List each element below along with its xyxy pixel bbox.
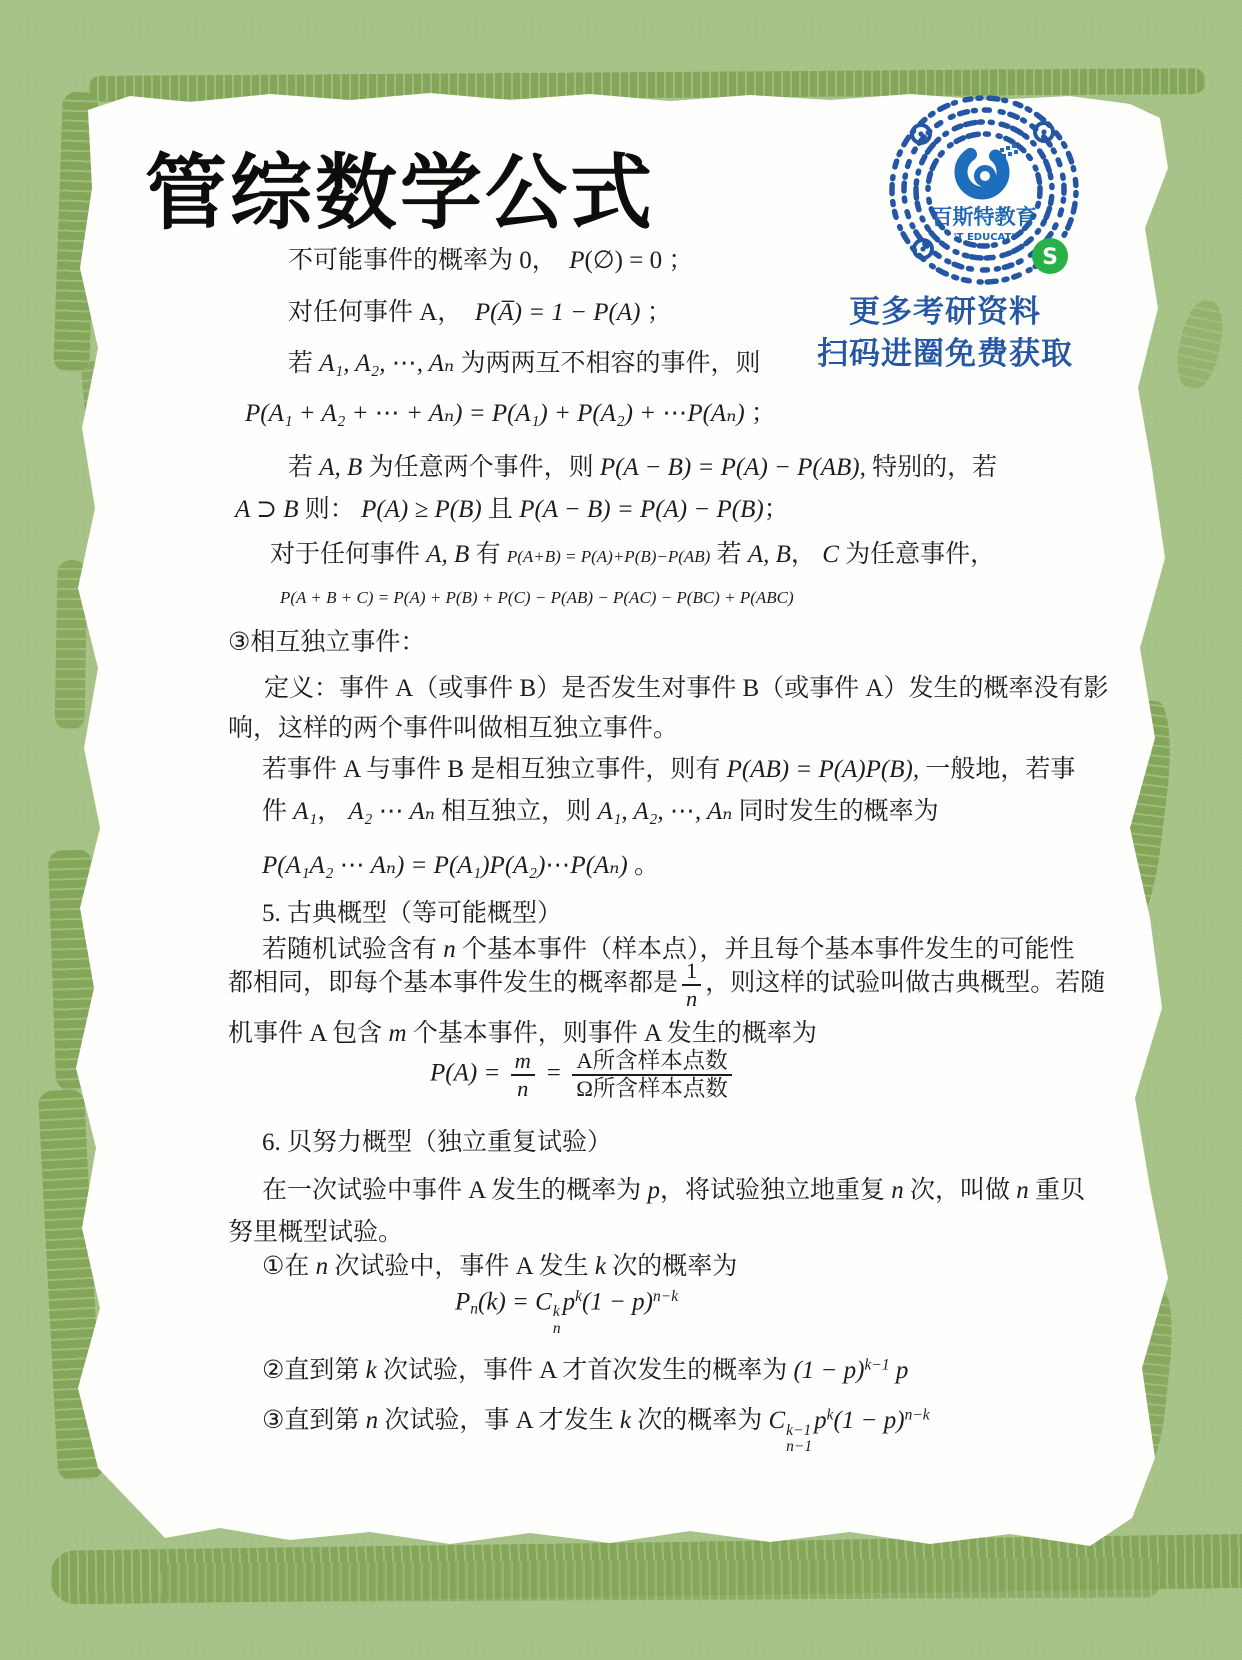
- doc-line-20: 6. 贝努力概型（独立重复试验）: [262, 1122, 612, 1158]
- doc-line-1: 不可能事件的概率为 0， P(∅) = 0 ；: [288, 240, 693, 276]
- doc-line-15: 5. 古典概型（等可能概型）: [262, 893, 562, 929]
- document-page: 管综数学公式: [0, 0, 1242, 1660]
- doc-line-14: P(A₁A₂ ⋯ Aₙ) = P(A₁)P(A₂)⋯P(Aₙ) 。: [262, 845, 659, 881]
- doc-line-11: 响，这样的两个事件叫做相互独立事件。: [228, 708, 678, 744]
- doc-line-24: Pn(k) = Cknpk(1 − p)n−k: [455, 1288, 678, 1337]
- doc-line-4: P(A₁ + A₂ + ⋯ + Aₙ) = P(A₁) + P(A₂) + ⋯P…: [245, 393, 776, 429]
- doc-line-10: 定义：事件 A（或事件 B）是否发生对事件 B（或事件 A）发生的概率没有影: [264, 668, 1108, 704]
- doc-line-6: A ⊃ B 则： P(A) ≥ P(B) 且 P(A − B) = P(A) −…: [235, 489, 789, 525]
- doc-line-26: ③直到第 n 次试验，事 A 才发生 k 次的概率为 Ck−1n−1pk(1 −…: [262, 1400, 930, 1456]
- brand-logo-text: 百斯特教育: [932, 205, 1037, 229]
- page-title: 管综数学公式: [145, 128, 655, 245]
- doc-line-3: 若 A₁, A₂, ⋯, Aₙ 为两两互不相容的事件，则: [288, 343, 760, 379]
- doc-line-25: ②直到第 k 次试验，事件 A 才首次发生的概率为 (1 − p)k−1 p: [262, 1350, 908, 1386]
- doc-line-19: P(A) = mn = A所含样本点数Ω所含样本点数: [430, 1048, 736, 1102]
- qr-code-graphic: 百斯特教育 'T EDUCAT' S: [884, 90, 1104, 310]
- doc-line-13: 件 A₁， A₂ ⋯ Aₙ 相互独立，则 A₁, A₂, ⋯, Aₙ 同时发生的…: [262, 791, 939, 827]
- qr-code: 百斯特教育 'T EDUCAT' S: [884, 90, 1104, 310]
- brush-stroke-bottom-2: [160, 1557, 1160, 1602]
- doc-line-17: 都相同，即每个基本事件发生的概率都是1n，则这样的试验叫做古典概型。若随: [228, 958, 1105, 1012]
- qr-caption-line2: 扫码进圈免费获取: [785, 328, 1105, 373]
- doc-line-21: 在一次试验中事件 A 发生的概率为 p，将试验独立地重复 n 次，叫做 n 重贝: [262, 1170, 1085, 1206]
- doc-line-9: ③相互独立事件：: [228, 622, 425, 658]
- brand-logo-subtext: 'T EDUCAT': [954, 232, 1015, 243]
- doc-line-12: 若事件 A 与事件 B 是相互独立事件，则有 P(AB) = P(A)P(B),…: [262, 749, 1075, 785]
- doc-line-5: 若 A, B 为任意两个事件，则 P(A − B) = P(A) − P(AB)…: [288, 447, 997, 483]
- miniprogram-icon: S: [1032, 238, 1068, 274]
- qr-caption-line1: 更多考研资料: [785, 286, 1105, 331]
- doc-line-8: P(A + B + C) = P(A) + P(B) + P(C) − P(AB…: [280, 588, 794, 608]
- brush-stroke-right-4: [1171, 297, 1229, 393]
- doc-line-18: 机事件 A 包含 m 个基本事件，则事件 A 发生的概率为: [228, 1013, 817, 1049]
- doc-line-22: 努里概型试验。: [228, 1212, 403, 1248]
- doc-line-23: ①在 n 次试验中，事件 A 发生 k 次的概率为: [262, 1246, 737, 1282]
- doc-line-7: 对于任何事件 A, B 有 P(A+B) = P(A)+P(B)−P(AB) 若…: [270, 534, 995, 570]
- svg-text:S: S: [1042, 245, 1058, 270]
- doc-line-2: 对任何事件 A， P(A̅) = 1 − P(A) ；: [288, 292, 672, 328]
